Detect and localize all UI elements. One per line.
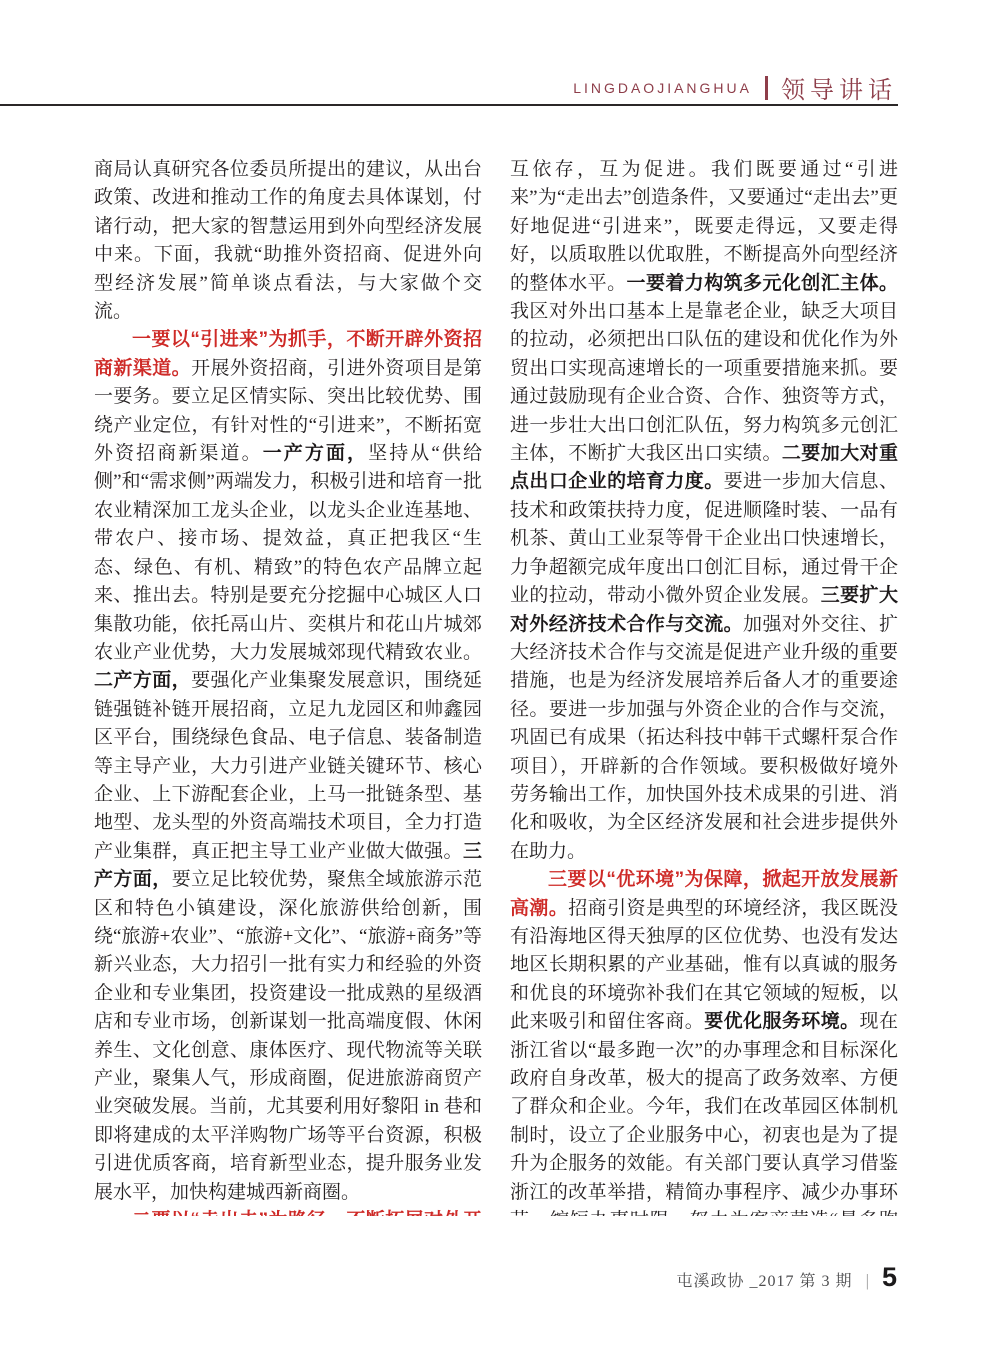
bold-text-run: 一要着力构筑多元化创汇主体。	[627, 273, 898, 294]
text-run: 要立足比较优势，聚焦全域旅游示范区和特色小镇建设，深化旅游供给创新，围绕“旅游+…	[94, 869, 482, 1202]
paragraph: 二要以“走出去”为路径，不断拓展对外开放新领域。“引进来”与“走出去”，两者相	[94, 1207, 482, 1216]
header-separator-bar	[765, 76, 768, 100]
article-column-right: 互依存，互为促进。我们既要通过“引进来”为“走出去”创造条件，又要通过“走出去”…	[510, 156, 898, 1216]
text-run: 要强化产业集聚发展意识，围绕延链强链补链开展招商，立足九龙园区和帅鑫园区平台，围…	[94, 670, 482, 861]
header-pinyin-label: LINGDAOJIANGHUA	[573, 80, 752, 96]
article-column-left: 商局认真研究各位委员所提出的建议，从出台政策、改进和推动工作的角度去具体谋划，付…	[94, 156, 482, 1216]
bold-text-run: 一产方面，	[263, 443, 368, 464]
text-run: 加强对外交往、扩大经济技术合作与交流是促进产业升级的重要措施，也是为经济发展培养…	[510, 614, 898, 862]
magazine-page: LINGDAOJIANGHUA 领导讲话 商局认真研究各位委员所提出的建议，从出…	[0, 0, 992, 1346]
text-run: 坚持从“供给侧”和“需求侧”两端发力，积极引进和培育一批农业精深加工龙头企业，以…	[94, 443, 482, 663]
article-body: 商局认真研究各位委员所提出的建议，从出台政策、改进和推动工作的角度去具体谋划，付…	[94, 156, 898, 1216]
page-header: LINGDAOJIANGHUA 领导讲话	[573, 70, 897, 105]
paragraph: 商局认真研究各位委员所提出的建议，从出台政策、改进和推动工作的角度去具体谋划，付…	[94, 156, 482, 326]
text-run: 我区对外出口基本上是靠老企业，缺乏大项目的拉动，必须把出口队伍的建设和优化作为外…	[510, 301, 898, 464]
footer-journal-issue: 屯溪政协 _2017 第 3 期	[677, 1268, 853, 1291]
paragraph: 一要以“引进来”为抓手，不断开辟外资招商新渠道。开展外资招商，引进外资项目是第一…	[94, 326, 482, 1207]
page-number: 5	[882, 1262, 897, 1293]
footer-separator: |	[866, 1271, 869, 1291]
paragraph: 互依存，互为促进。我们既要通过“引进来”为“走出去”创造条件，又要通过“走出去”…	[510, 156, 898, 866]
paragraph: 三要以“优环境”为保障，掀起开放发展新高潮。招商引资是典型的环境经济，我区既没有…	[510, 866, 898, 1216]
header-section-title: 领导讲话	[781, 70, 897, 105]
page-footer: 屯溪政协 _2017 第 3 期 | 5	[677, 1262, 897, 1293]
text-run: 现在浙江省以“最多跑一次”的办事理念和目标深化政府自身改革，极大的提高了政务效率…	[510, 1011, 898, 1216]
bold-text-run: 二产方面，	[94, 670, 191, 691]
header-rule-line	[0, 104, 898, 106]
text-run: 商局认真研究各位委员所提出的建议，从出台政策、改进和推动工作的角度去具体谋划，付…	[94, 159, 482, 322]
red-heading-run: 二要以“走出去”为路径，不断拓展对外开放新领域。	[94, 1210, 482, 1216]
bold-text-run: 要优化服务环境。	[704, 1011, 859, 1032]
